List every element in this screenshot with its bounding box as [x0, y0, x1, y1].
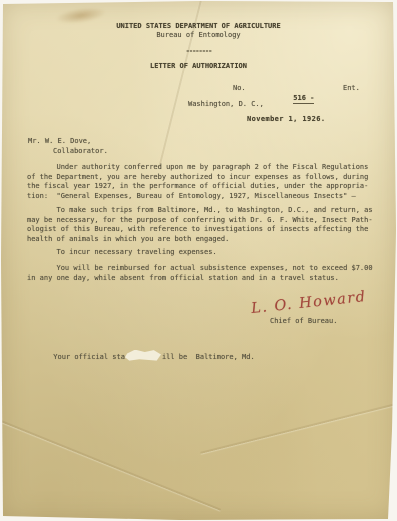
closing-line-part2: ill be Baltimore, Md.	[162, 353, 255, 361]
signature-script: L. O. Howard	[250, 289, 367, 317]
addressee-name: Mr. W. E. Dove,	[28, 137, 91, 147]
divider-dashes: --------	[0, 47, 397, 57]
paper-crease	[200, 396, 397, 453]
body-paragraph-2: To make such trips from Baltimore, Md., …	[27, 206, 379, 244]
letter-photo: UNITED STATES DEPARTMENT OF AGRICULTURE …	[0, 0, 397, 521]
reference-no-label: No.	[233, 84, 246, 94]
closing-line-part1: Your official sta	[53, 353, 125, 361]
body-paragraph-3: To incur necessary traveling expenses.	[27, 248, 379, 258]
addressee-title: Collaborator.	[53, 147, 108, 157]
paper-crease	[0, 415, 221, 510]
signer-title: Chief of Bureau.	[270, 317, 337, 327]
reference-number: 516 -	[268, 84, 314, 114]
closing-line: Your official staill be Baltimore, Md.	[28, 340, 255, 372]
reference-number-value: 516 -	[293, 94, 314, 105]
bureau-heading: Bureau of Entomology	[0, 31, 397, 41]
document-title: LETTER OF AUTHORIZATION	[0, 62, 397, 72]
body-paragraph-4: You will be reimbursed for actual subsis…	[27, 264, 379, 283]
date-line: November 1, 1926.	[247, 115, 325, 125]
paper-sheet: UNITED STATES DEPARTMENT OF AGRICULTURE …	[0, 0, 397, 521]
body-paragraph-1: Under authority conferred upon me by par…	[27, 163, 379, 201]
correction-patch	[125, 350, 161, 361]
reference-suffix: Ent.	[343, 84, 360, 94]
place-line: Washington, D. C.,	[188, 100, 264, 110]
